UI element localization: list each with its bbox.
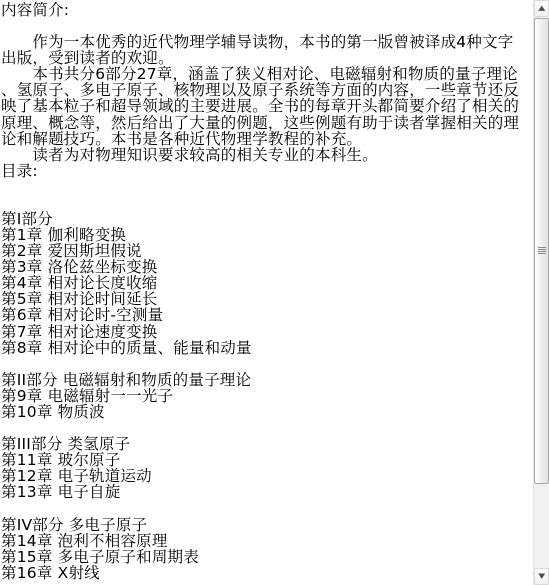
down-arrow-icon: ▼ [538,573,545,580]
text-line: 原理、概念等，然后给出了大量的例题，这些例题有助于读者掌握相关的理 [1,115,533,131]
text-line [1,179,533,195]
text-line: 第III部分 类氢原子 [1,436,533,452]
text-line: 第12章 电子轨道运动 [1,468,533,484]
scrollbar-thumb[interactable] [534,18,549,484]
text-line: 第16章 X射线 [1,565,533,581]
text-line: 第1章 伽利略变换 [1,227,533,243]
text-line: 第8章 相对论中的质量、能量和动量 [1,340,533,356]
text-line: 第6章 相对论时-空测量 [1,307,533,323]
scroll-up-button[interactable]: ▲ [534,0,549,17]
text-line: 目录: [1,163,533,179]
text-line: 映了基本粒子和超导领域的主要进展。全书的每章开头都简要介绍了相关的 [1,98,533,114]
text-line: 、氢原子、多电子原子、核物理以及原子系统等方面的内容，一些章节还反 [1,82,533,98]
text-line: 读者为对物理知识要求较高的相关专业的本科生。 [1,147,533,163]
text-line: 第9章 电磁辐射一一光子 [1,388,533,404]
text-line: 第14章 泡利不相容原理 [1,533,533,549]
text-line: 第I部分 [1,211,533,227]
thumb-grip-icon [538,247,546,255]
scroll-down-button[interactable]: ▼ [534,568,549,585]
text-line: 作为一本优秀的近代物理学辅导读物，本书的第一版曾被译成4种文字 [1,34,533,50]
scrollbar-track[interactable] [534,484,549,568]
text-line: 第2章 爱因斯坦假说 [1,243,533,259]
text-line: 第IV部分 多电子原子 [1,517,533,533]
text-line [1,195,533,211]
text-line [1,420,533,436]
text-line [1,18,533,34]
text-line: 第5章 相对论时间延长 [1,291,533,307]
text-line: 第4章 相对论长度收缩 [1,275,533,291]
text-line: 第7章 相对论速度变换 [1,324,533,340]
text-line: 第15章 多电子原子和周期表 [1,549,533,565]
text-line: 出版，受到读者的欢迎。 [1,50,533,66]
text-line: 论和解题技巧。本书是各种近代物理学教程的补充。 [1,131,533,147]
text-line: 第3章 洛伦兹坐标变换 [1,259,533,275]
up-arrow-icon: ▲ [538,5,545,12]
book-description-text: 内容简介: 作为一本优秀的近代物理学辅导读物，本书的第一版曾被译成4种文字出版，… [0,0,533,585]
text-line: 本书共分6部分27章，涵盖了狭义相对论、电磁辐射和物质的量子理论 [1,66,533,82]
text-line: 第11章 玻尔原子 [1,452,533,468]
book-description-panel: 内容简介: 作为一本优秀的近代物理学辅导读物，本书的第一版曾被译成4种文字出版，… [0,0,549,585]
text-line [1,356,533,372]
text-line: 第II部分 电磁辐射和物质的量子理论 [1,372,533,388]
vertical-scrollbar[interactable]: ▲ ▼ [533,0,549,585]
text-line: 第13章 电子自旋 [1,484,533,500]
text-line: 内容简介: [1,2,533,18]
text-line [1,500,533,516]
text-line: 第10章 物质波 [1,404,533,420]
